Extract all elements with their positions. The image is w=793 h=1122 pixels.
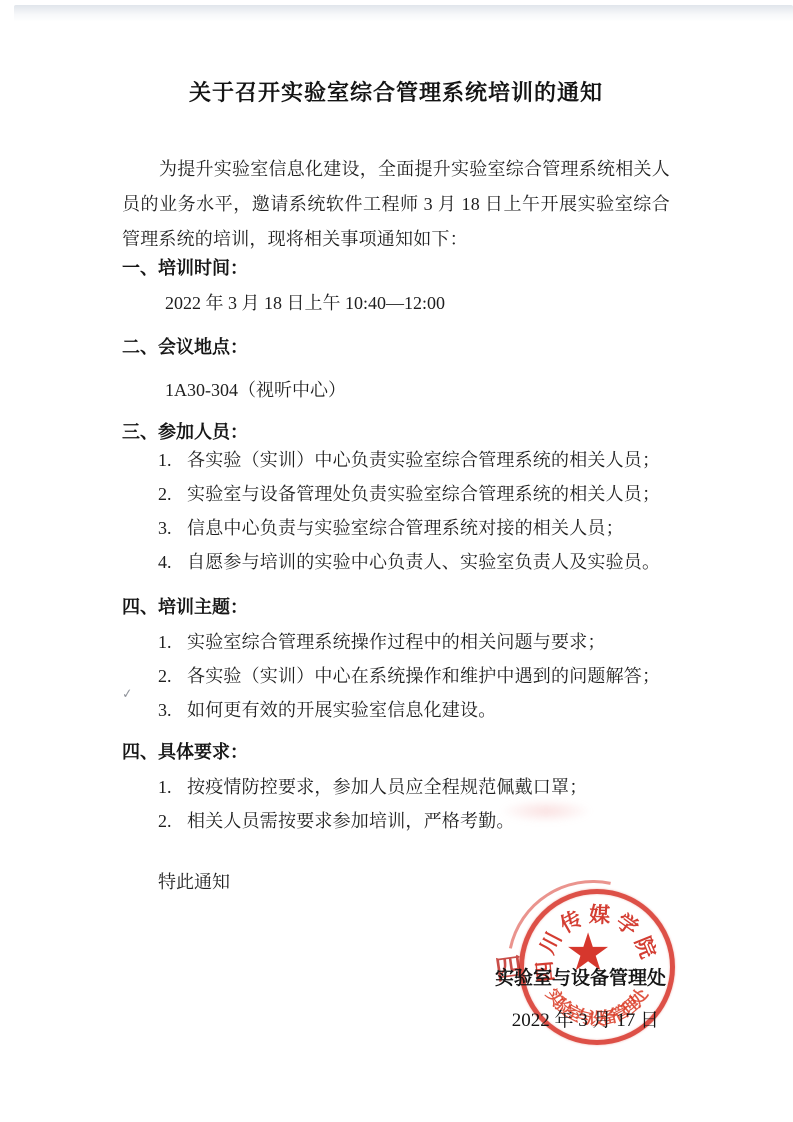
list-item-text: 信息中心负责与实验室综合管理系统对接的相关人员； xyxy=(187,511,624,545)
list-item-text: 各实验（实训）中心负责实验室综合管理系统的相关人员； xyxy=(187,443,660,477)
participants-list: 1. 各实验（实训）中心负责实验室综合管理系统的相关人员； 2. 实验室与设备管… xyxy=(122,443,682,579)
list-item-number: 3. xyxy=(158,511,187,545)
list-item: 1. 实验室综合管理系统操作过程中的相关问题与要求； xyxy=(158,625,682,659)
list-item-number: 1. xyxy=(158,770,187,804)
list-item-number: 2. xyxy=(158,659,187,693)
section-heading-training-time: 一、培训时间： xyxy=(122,251,670,286)
list-item-text: 实验室综合管理系统操作过程中的相关问题与要求； xyxy=(187,625,606,659)
list-item-number: 2. xyxy=(158,804,187,838)
scan-artifact-band xyxy=(14,5,793,22)
list-item-text: 各实验（实训）中心在系统操作和维护中遇到的问题解答； xyxy=(187,659,660,693)
section-heading-training-topics: 四、培训主题： xyxy=(122,590,670,625)
seal-arc-character: 媒 xyxy=(588,899,610,930)
list-item: 3. 信息中心负责与实验室综合管理系统对接的相关人员； xyxy=(158,511,682,545)
list-item: 2. 相关人员需按要求参加培训，严格考勤。 xyxy=(158,804,682,838)
list-item-text: 实验室与设备管理处负责实验室综合管理系统的相关人员； xyxy=(187,477,660,511)
section-heading-meeting-place: 二、会议地点： xyxy=(122,330,670,365)
intro-paragraph: 为提升实验室信息化建设，全面提升实验室综合管理系统相关人员的业务水平，邀请系统软… xyxy=(122,152,670,257)
list-item-number: 1. xyxy=(158,625,187,659)
list-item: 2. 各实验（实训）中心在系统操作和维护中遇到的问题解答； xyxy=(158,659,682,693)
list-item-number: 3. xyxy=(158,693,187,727)
list-item: 1. 按疫情防控要求，参加人员应全程规范佩戴口罩； xyxy=(158,770,682,804)
list-item: 1. 各实验（实训）中心负责实验室综合管理系统的相关人员； xyxy=(158,443,682,477)
section-heading-specific-requirements: 四、具体要求： xyxy=(122,735,670,770)
list-item-text: 如何更有效的开展实验室信息化建设。 xyxy=(187,693,496,727)
ink-smudge-artifact xyxy=(500,799,592,823)
list-item-number: 4. xyxy=(158,545,187,579)
list-item: 2. 实验室与设备管理处负责实验室综合管理系统的相关人员； xyxy=(158,477,682,511)
document-title: 关于召开实验室综合管理系统培训的通知 xyxy=(122,76,670,112)
list-item-number: 1. xyxy=(158,443,187,477)
training-time-value: 2022 年 3 月 18 日上午 10:40—12:00 xyxy=(122,286,670,321)
notice-document-page: 关于召开实验室综合管理系统培训的通知 为提升实验室信息化建设，全面提升实验室综合… xyxy=(0,0,793,1122)
list-item: 4. 自愿参与培训的实验中心负责人、实验室负责人及实验员。 xyxy=(158,545,682,579)
training-topics-list: 1. 实验室综合管理系统操作过程中的相关问题与要求； 2. 各实验（实训）中心在… xyxy=(122,625,682,727)
meeting-place-value: 1A30-304（视听中心） xyxy=(122,373,670,408)
list-item-text: 相关人员需按要求参加培训，严格考勤。 xyxy=(187,804,515,838)
handwritten-tick-mark: ✓ xyxy=(121,686,133,702)
requirements-list: 1. 按疫情防控要求，参加人员应全程规范佩戴口罩； 2. 相关人员需按要求参加培… xyxy=(122,770,682,838)
signature-date: 2022 年 3 月 17 日 xyxy=(122,1003,670,1038)
list-item-number: 2. xyxy=(158,477,187,511)
list-item-text: 自愿参与培训的实验中心负责人、实验室负责人及实验员。 xyxy=(187,545,660,579)
list-item: 3. 如何更有效的开展实验室信息化建设。 xyxy=(158,693,682,727)
signature-organization: 实验室与设备管理处 xyxy=(122,961,670,996)
